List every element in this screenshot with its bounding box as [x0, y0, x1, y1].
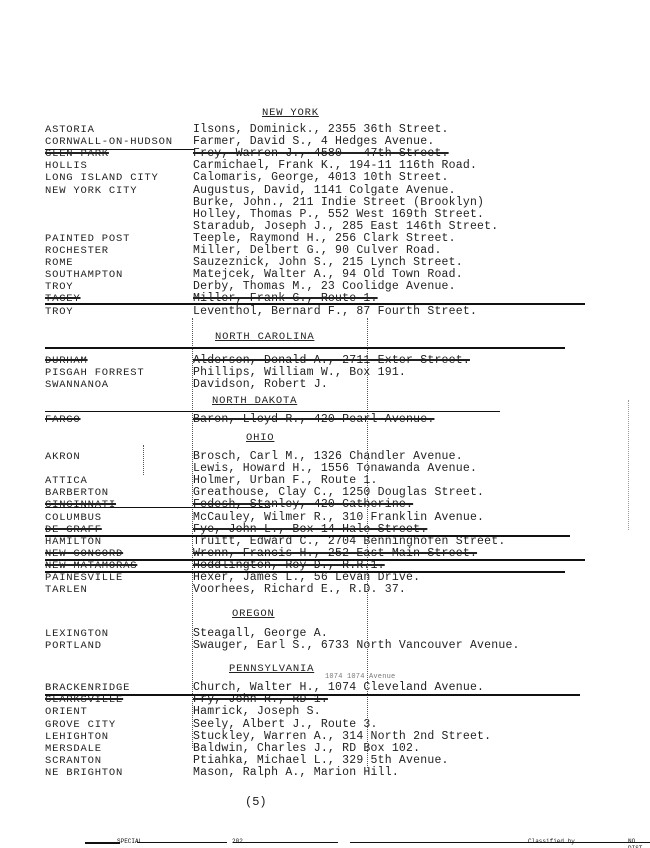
row-city: NE BRIGHTON: [45, 767, 123, 779]
footer-bar: [233, 842, 338, 843]
row-entry: Church, Walter H., 1074 Cleveland Avenue…: [193, 682, 484, 694]
document-page: NEW YORK NORTH CAROLINA NORTH DAKOTA OHI…: [0, 0, 650, 848]
row-city: BARBERTON: [45, 487, 109, 499]
row-entry: Voorhees, Richard E., R.D. 37.: [193, 584, 406, 596]
row-entry: Fry, John R., RD 1.: [193, 694, 328, 706]
row-city: LONG ISLAND CITY: [45, 172, 159, 184]
row-city: CORNWALL-ON-HUDSON: [45, 136, 173, 148]
row-city: ROCHESTER: [45, 245, 109, 257]
edge-mark: [628, 400, 629, 530]
row-city: SWANNANOA: [45, 379, 109, 391]
footer-bar: [350, 842, 650, 843]
strike-line: [45, 411, 500, 412]
row-city: LEHIGHTON: [45, 731, 109, 743]
row-entry: Staradub, Joseph J., 285 East 146th Stre…: [193, 221, 498, 233]
row-entry: Hamrick, Joseph S.: [193, 706, 321, 718]
row-entry: Fye, John L., Box 14 Hale Street.: [193, 524, 427, 536]
row-entry: Baron, Lloyd R., 420 Pearl Avenue.: [193, 414, 434, 426]
row-entry: Mason, Ralph A., Marion Hill.: [193, 767, 399, 779]
row-entry: Augustus, David, 1141 Colgate Avenue.: [193, 185, 456, 197]
strike-line: [45, 347, 565, 349]
strike-line: [45, 507, 270, 508]
row-entry: McCauley, Wilmer R., 310 Franklin Avenue…: [193, 512, 484, 524]
state-heading-ohio: OHIO: [246, 432, 274, 444]
row-city: PORTLAND: [45, 640, 102, 652]
footer-code-far-right: NO DIST: [628, 838, 650, 848]
state-heading-oregon: OREGON: [232, 608, 275, 620]
footer-code-right: Classified by: [528, 838, 575, 845]
state-heading-pennsylvania: PENNSYLVANIA: [229, 663, 314, 675]
row-city: SCRANTON: [45, 755, 102, 767]
row-city: CINCINNATI: [45, 499, 116, 511]
row-entry: Truitt, Edward C., 2704 Benninghofen Str…: [193, 536, 505, 548]
row-city: PISGAH FORREST: [45, 367, 144, 379]
row-entry: Calomaris, George, 4013 10th Street.: [193, 172, 449, 184]
row-city: TARLEN: [45, 584, 88, 596]
row-entry: Leventhol, Bernard F., 87 Fourth Street.: [193, 306, 477, 318]
row-entry: Wrenn, Francis H., 252 East Main Street.: [193, 548, 477, 560]
strike-line: [45, 303, 585, 305]
row-city: ORIENT: [45, 706, 88, 718]
row-city: HOLLIS: [45, 160, 88, 172]
row-city: DE GRAFF: [45, 524, 102, 536]
fold-mark: [143, 445, 144, 475]
strike-line: [45, 559, 585, 561]
row-entry: Ptiahka, Michael L., 329 5th Avenue.: [193, 755, 449, 767]
row-entry: Holley, Thomas P., 552 West 169th Street…: [193, 209, 484, 221]
row-city: PAINESVILLE: [45, 572, 123, 584]
row-city: ATTICA: [45, 475, 88, 487]
row-entry: Davidson, Robert J.: [193, 379, 328, 391]
row-city: CLARKSVILLE: [45, 694, 123, 706]
row-city: AKRON: [45, 451, 81, 463]
row-city: ROME: [45, 257, 73, 269]
row-city: SOUTHAMPTON: [45, 269, 123, 281]
row-city: NEW CONCORD: [45, 548, 123, 560]
fold-line-left: [192, 318, 193, 748]
state-heading-north-dakota: NORTH DAKOTA: [212, 395, 297, 407]
row-city: TROY: [45, 306, 73, 318]
state-heading-new-york: NEW YORK: [262, 107, 319, 119]
page-number: (5): [245, 795, 267, 809]
row-entry: Baldwin, Charles J., RD Box 102.: [193, 743, 420, 755]
row-entry: Swauger, Earl S., 6733 North Vancouver A…: [193, 640, 520, 652]
row-city: NEW YORK CITY: [45, 185, 137, 197]
footer-code-mid: 202: [232, 838, 243, 845]
row-entry: Seely, Albert J., Route 3.: [193, 719, 378, 731]
footer-code-left: SPECIAL: [117, 838, 142, 845]
fold-line-right: [367, 318, 368, 768]
row-entry: Stuckley, Warren A., 314 North 2nd Stree…: [193, 731, 491, 743]
row-city: DURHAM: [45, 355, 88, 367]
row-city: BRACKENRIDGE: [45, 682, 130, 694]
row-city: MERSDALE: [45, 743, 102, 755]
row-city: GROVE CITY: [45, 719, 116, 731]
row-entry: Burke, John., 211 Indie Street (Brooklyn…: [193, 197, 484, 209]
row-entry: Fedesh, Stanley, 420 Catherine.: [193, 499, 413, 511]
row-city: LEXINGTON: [45, 628, 109, 640]
row-city: COLUMBUS: [45, 512, 102, 524]
strike-line: [45, 535, 570, 537]
footer-bar: [137, 842, 227, 843]
row-city: TROY: [45, 281, 73, 293]
state-heading-north-carolina: NORTH CAROLINA: [215, 331, 314, 343]
row-city: PAINTED POST: [45, 233, 130, 245]
row-city: HAMILTON: [45, 536, 102, 548]
row-city: FARGO: [45, 414, 81, 426]
footer-bar: [85, 842, 120, 844]
strike-line: [45, 694, 580, 696]
row-city: ASTORIA: [45, 124, 95, 136]
strike-leader: [45, 149, 195, 150]
strike-line: [45, 571, 565, 573]
